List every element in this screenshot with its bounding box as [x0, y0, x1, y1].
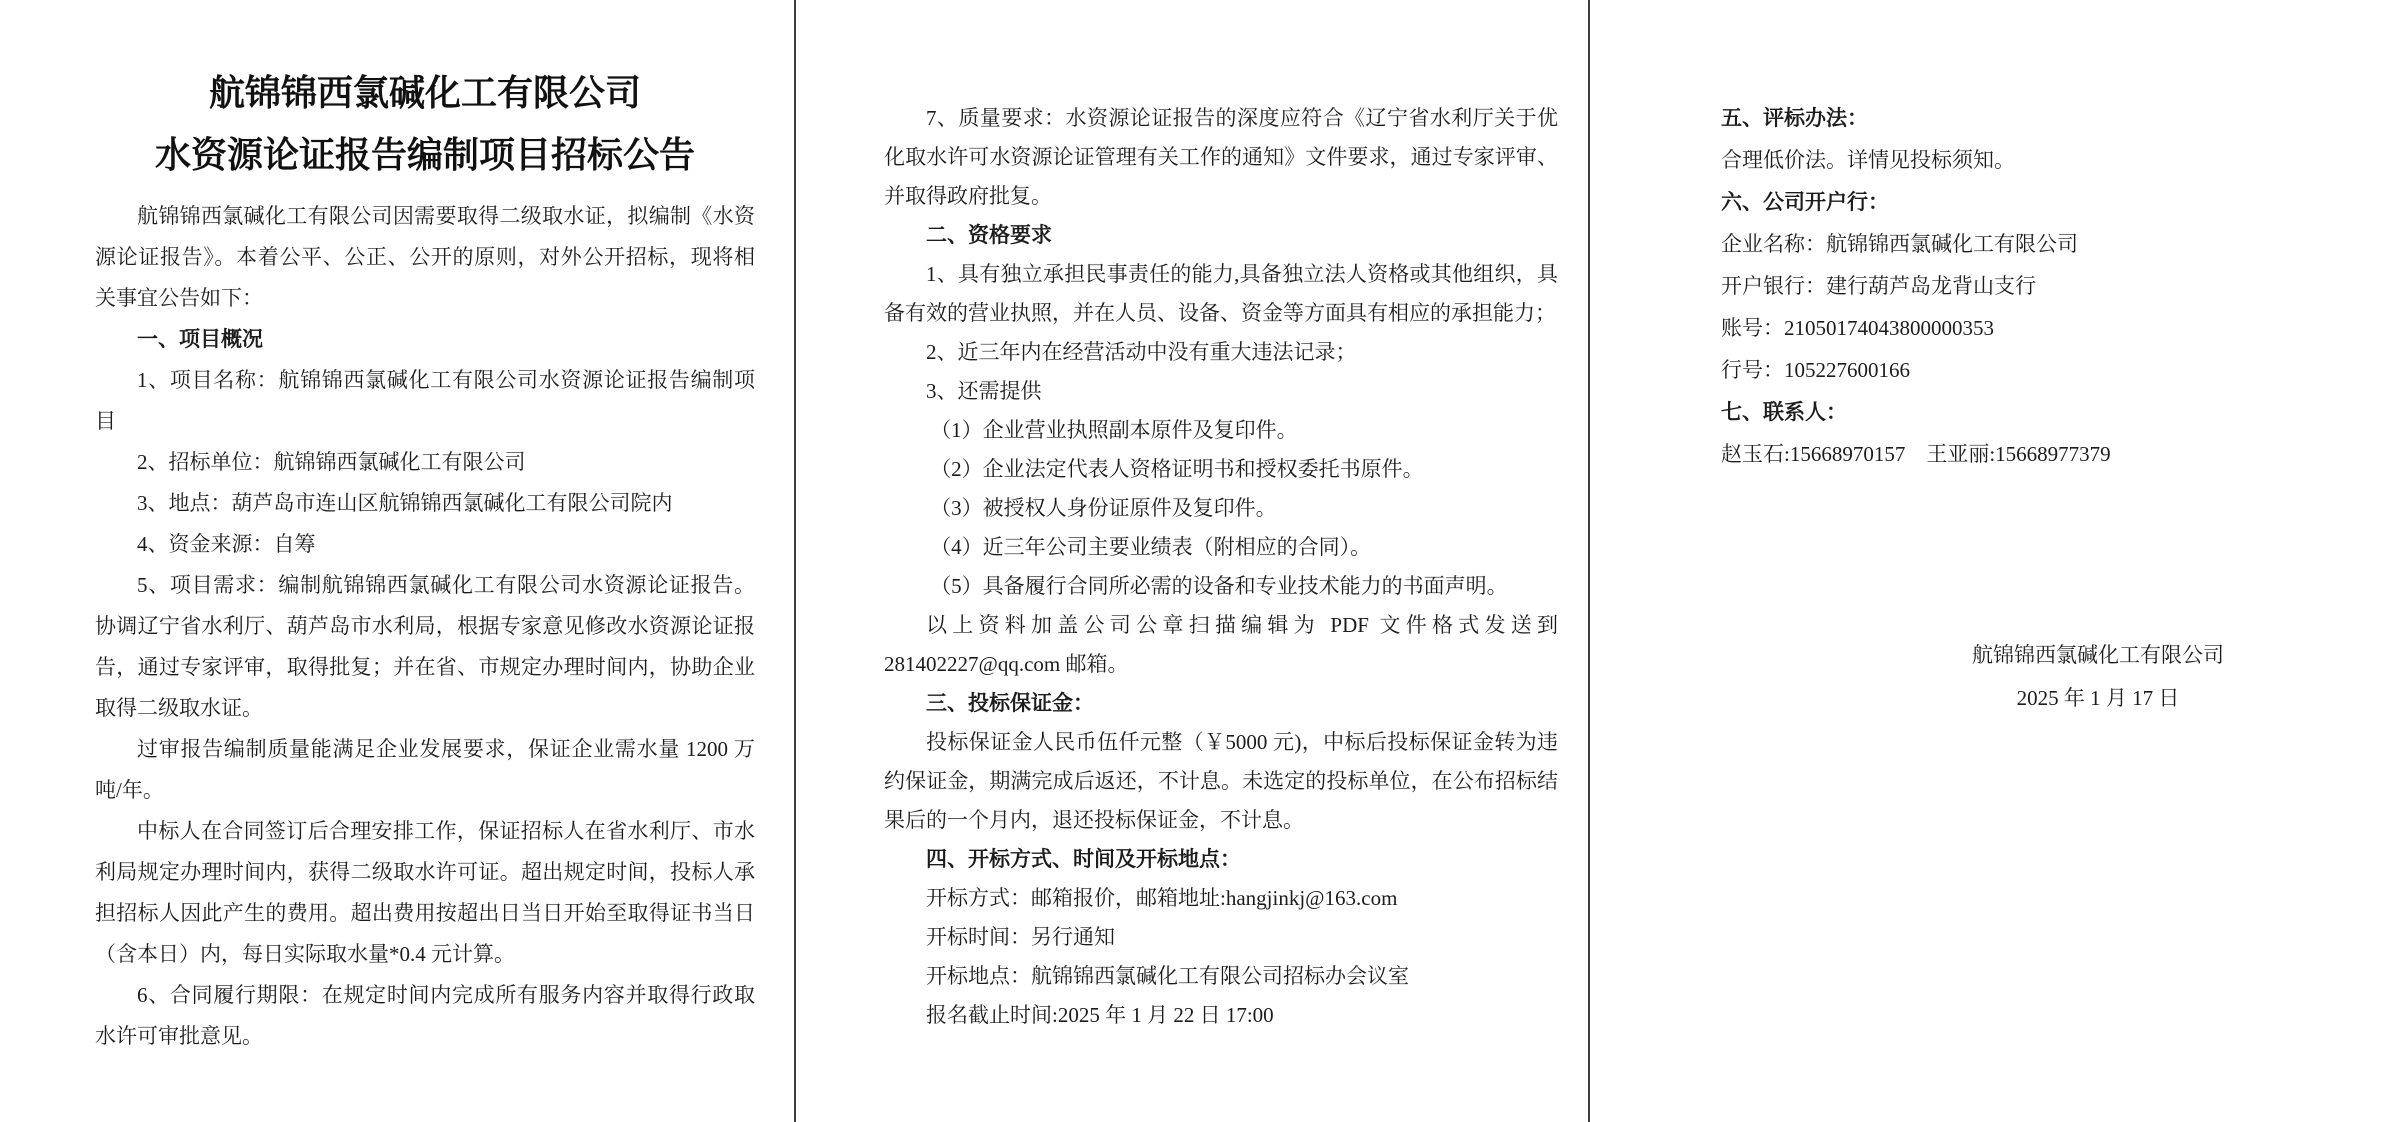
company-name-paragraph: 企业名称：航锦锦西氯碱化工有限公司 [1721, 223, 2343, 265]
tender-unit-paragraph: 2、招标单位：航锦锦西氯碱化工有限公司 [95, 442, 755, 483]
page-3: 五、评标办法： 合理低价法。详情见投标须知。 六、公司开户行： 企业名称：航锦锦… [1590, 0, 2383, 1122]
account-number-paragraph: 账号：21050174043800000353 [1721, 307, 2343, 349]
intro-paragraph: 航锦锦西氯碱化工有限公司因需要取得二级取水证，拟编制《水资源论证报告》。本着公平… [95, 196, 755, 319]
required-document-1: （1）企业营业执照副本原件及复印件。 [884, 411, 1558, 450]
qualification-item-1: 1、具有独立承担民事责任的能力,具备独立法人资格或其他组织，具备有效的营业执照，… [884, 255, 1558, 333]
section-heading-5: 五、评标办法： [1721, 97, 2343, 139]
location-paragraph: 3、地点：葫芦岛市连山区航锦锦西氯碱化工有限公司院内 [95, 483, 755, 524]
document-title-line-1: 航锦锦西氯碱化工有限公司 [95, 62, 755, 124]
section-heading-4: 四、开标方式、时间及开标地点： [884, 840, 1558, 879]
funding-source-paragraph: 4、资金来源：自筹 [95, 524, 755, 565]
section-heading-7: 七、联系人： [1721, 391, 2343, 433]
signature-company: 航锦锦西氯碱化工有限公司 [1948, 634, 2248, 677]
quality-requirement-paragraph: 7、质量要求：水资源论证报告的深度应符合《辽宁省水利厅关于优化取水许可水资源论证… [884, 99, 1558, 216]
signature-block: 航锦锦西氯碱化工有限公司 2025 年 1 月 17 日 [1948, 634, 2248, 720]
bank-code-paragraph: 行号：105227600166 [1721, 349, 2343, 391]
bid-opening-method-paragraph: 开标方式：邮箱报价，邮箱地址:hangjinkj@163.com [884, 879, 1558, 918]
bid-opening-time-paragraph: 开标时间：另行通知 [884, 918, 1558, 957]
registration-deadline-paragraph: 报名截止时间:2025 年 1 月 22 日 17:00 [884, 996, 1558, 1035]
project-demand-paragraph: 5、项目需求：编制航锦锦西氯碱化工有限公司水资源论证报告。 协调辽宁省水利厅、葫… [95, 565, 755, 729]
qualification-item-2: 2、近三年内在经营活动中没有重大违法记录； [884, 333, 1558, 372]
report-quality-paragraph: 过审报告编制质量能满足企业发展要求，保证企业需水量 1200 万吨/年。 [95, 729, 755, 811]
section-heading-1: 一、项目概况 [95, 319, 755, 360]
section-heading-6: 六、公司开户行： [1721, 181, 2343, 223]
bank-name-paragraph: 开户银行：建行葫芦岛龙背山支行 [1721, 265, 2343, 307]
contract-term-paragraph: 6、合同履行期限：在规定时间内完成所有服务内容并取得行政取水许可审批意见。 [95, 975, 755, 1057]
evaluation-method-paragraph: 合理低价法。详情见投标须知。 [1721, 139, 2343, 181]
page-1: 航锦锦西氯碱化工有限公司 水资源论证报告编制项目招标公告 航锦锦西氯碱化工有限公… [0, 0, 794, 1122]
signature-date: 2025 年 1 月 17 日 [1948, 677, 2248, 720]
required-document-5: （5）具备履行合同所必需的设备和专业技术能力的书面声明。 [884, 567, 1558, 606]
section-heading-3: 三、投标保证金： [884, 684, 1558, 723]
section-heading-2: 二、资格要求 [884, 216, 1558, 255]
contact-persons-paragraph: 赵玉石:15668970157 王亚丽:15668977379 [1721, 433, 2343, 475]
required-document-3: （3）被授权人身份证原件及复印件。 [884, 489, 1558, 528]
winner-obligation-paragraph: 中标人在合同签订后合理安排工作，保证招标人在省水利厅、市水利局规定办理时间内，获… [95, 811, 755, 975]
document-viewer: 航锦锦西氯碱化工有限公司 水资源论证报告编制项目招标公告 航锦锦西氯碱化工有限公… [0, 0, 2383, 1122]
document-title: 航锦锦西氯碱化工有限公司 水资源论证报告编制项目招标公告 [95, 62, 755, 186]
submission-email-paragraph: 以上资料加盖公司公章扫描编辑为 PDF 文件格式发送到 281402227@qq… [884, 606, 1558, 684]
qualification-item-3: 3、还需提供 [884, 372, 1558, 411]
project-name-paragraph: 1、项目名称：航锦锦西氯碱化工有限公司水资源论证报告编制项目 [95, 360, 755, 442]
document-title-line-2: 水资源论证报告编制项目招标公告 [95, 124, 755, 186]
required-document-4: （4）近三年公司主要业绩表（附相应的合同）。 [884, 528, 1558, 567]
bid-bond-paragraph: 投标保证金人民币伍仟元整（￥5000 元)，中标后投标保证金转为违约保证金，期满… [884, 723, 1558, 840]
required-document-2: （2）企业法定代表人资格证明书和授权委托书原件。 [884, 450, 1558, 489]
bid-opening-place-paragraph: 开标地点：航锦锦西氯碱化工有限公司招标办会议室 [884, 957, 1558, 996]
page-2: 7、质量要求：水资源论证报告的深度应符合《辽宁省水利厅关于优化取水许可水资源论证… [796, 0, 1588, 1122]
